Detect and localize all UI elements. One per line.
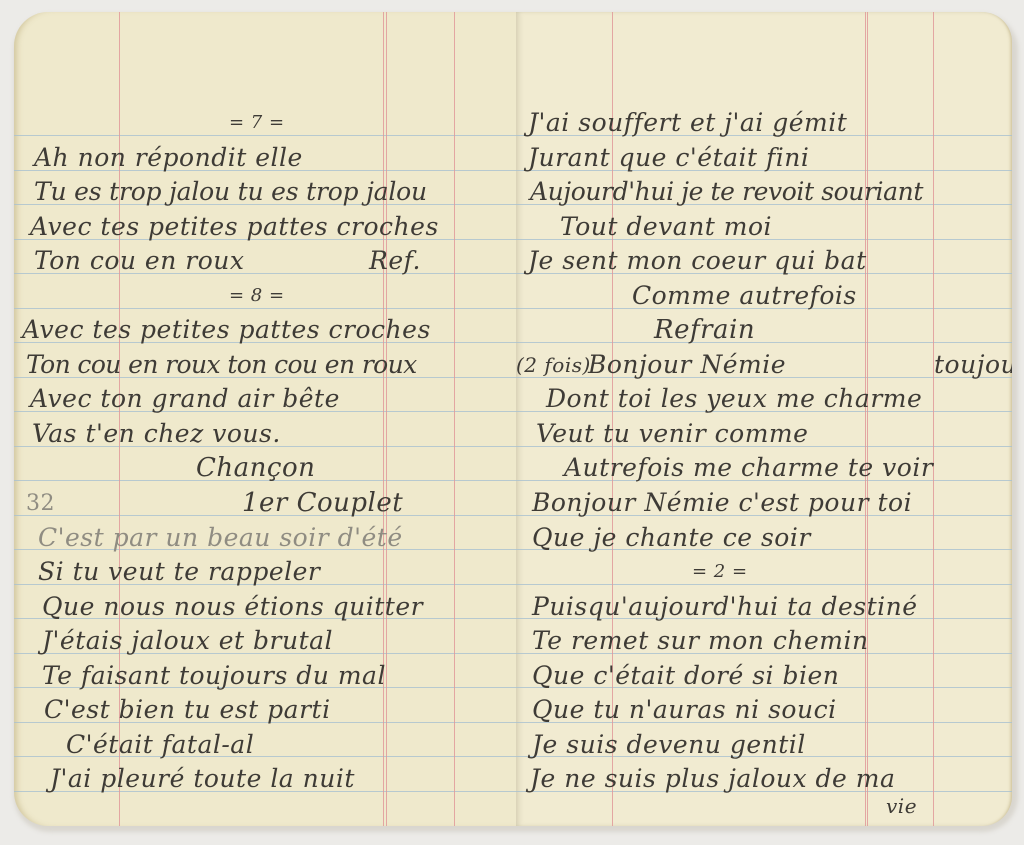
- right-page: J'ai souffert et j'ai gémit Jurant que c…: [516, 12, 1012, 826]
- couplet-heading: 1er Couplet: [242, 489, 403, 517]
- repeat-marker: (2 fois): [516, 351, 591, 379]
- lyric-line: Autrefois me charme te voir: [564, 454, 933, 482]
- lyric-line: Comme autrefois: [632, 282, 857, 310]
- refrain-heading: Refrain: [654, 316, 755, 344]
- lyric-line: Avec ton grand air bête: [30, 385, 340, 413]
- lyric-line: Que nous nous étions quitter: [42, 593, 423, 621]
- lyric-line: Je suis devenu gentil: [532, 731, 806, 759]
- lyric-line: J'ai souffert et j'ai gémit: [528, 109, 847, 137]
- margin-line: [933, 12, 934, 826]
- lyric-line: Te faisant toujours du mal: [42, 662, 386, 690]
- margin-line: [383, 12, 384, 826]
- lyric-line: Bonjour Némie c'est pour toi: [532, 489, 912, 517]
- lyric-line: vie: [886, 792, 917, 820]
- lyric-line: J'étais jaloux et brutal: [42, 627, 333, 655]
- lyric-line: Jurant que c'était fini: [528, 144, 809, 172]
- song-title: Chançon: [196, 454, 315, 482]
- lyric-line: Tout devant moi: [560, 213, 772, 241]
- ruled-line: [516, 342, 1012, 343]
- lyric-line: Vas t'en chez vous.: [32, 420, 281, 448]
- page-number: 32: [26, 490, 55, 518]
- lyric-line: Que tu n'auras ni souci: [532, 696, 837, 724]
- margin-line: [386, 12, 387, 826]
- lyric-line: Bonjour Némie: [588, 351, 786, 379]
- lyric-line: Avec tes petites pattes croches: [30, 213, 439, 241]
- lyric-line: Ton cou en roux: [34, 247, 244, 275]
- lyric-line: toujour: [934, 351, 1012, 379]
- lyric-line: Dont toi les yeux me charme: [546, 385, 922, 413]
- lyric-line: C'est bien tu est parti: [44, 696, 331, 724]
- verse-number: = 8 =: [229, 282, 285, 310]
- lyric-line: Avec tes petites pattes croches: [22, 316, 431, 344]
- margin-line: [865, 12, 866, 826]
- lyric-line: Ton cou en roux ton cou en roux: [26, 351, 417, 379]
- lyric-line: Ah non répondit elle: [34, 144, 303, 172]
- lyric-line: C'était fatal-al: [66, 731, 254, 759]
- margin-line: [867, 12, 868, 826]
- lyric-line: Puisqu'aujourd'hui ta destiné: [532, 593, 918, 621]
- lyric-line: Je sent mon coeur qui bat: [528, 247, 867, 275]
- lyric-line: Si tu veut te rappeler: [38, 558, 320, 586]
- refrain-marker: Ref.: [369, 247, 421, 275]
- lyric-line: Je ne suis plus jaloux de ma: [530, 765, 895, 793]
- lyric-line: C'est par un beau soir d'été: [38, 524, 403, 552]
- margin-line: [454, 12, 455, 826]
- lyric-line: Tu es trop jalou tu es trop jalou: [34, 178, 427, 206]
- lyric-line: Que c'était doré si bien: [532, 662, 839, 690]
- lyric-line: Aujourd'hui je te revoit souriant: [530, 178, 923, 206]
- left-page: = 7 = Ah non répondit elle Tu es trop ja…: [14, 12, 516, 826]
- lyric-line: J'ai pleuré toute la nuit: [50, 765, 355, 793]
- lyric-line: Que je chante ce soir: [532, 524, 811, 552]
- lyric-line: Veut tu venir comme: [536, 420, 808, 448]
- verse-number: = 2 =: [692, 558, 748, 586]
- ruled-line: [516, 584, 1012, 585]
- verse-number: = 7 =: [229, 109, 285, 137]
- lyric-line: Te remet sur mon chemin: [532, 627, 869, 655]
